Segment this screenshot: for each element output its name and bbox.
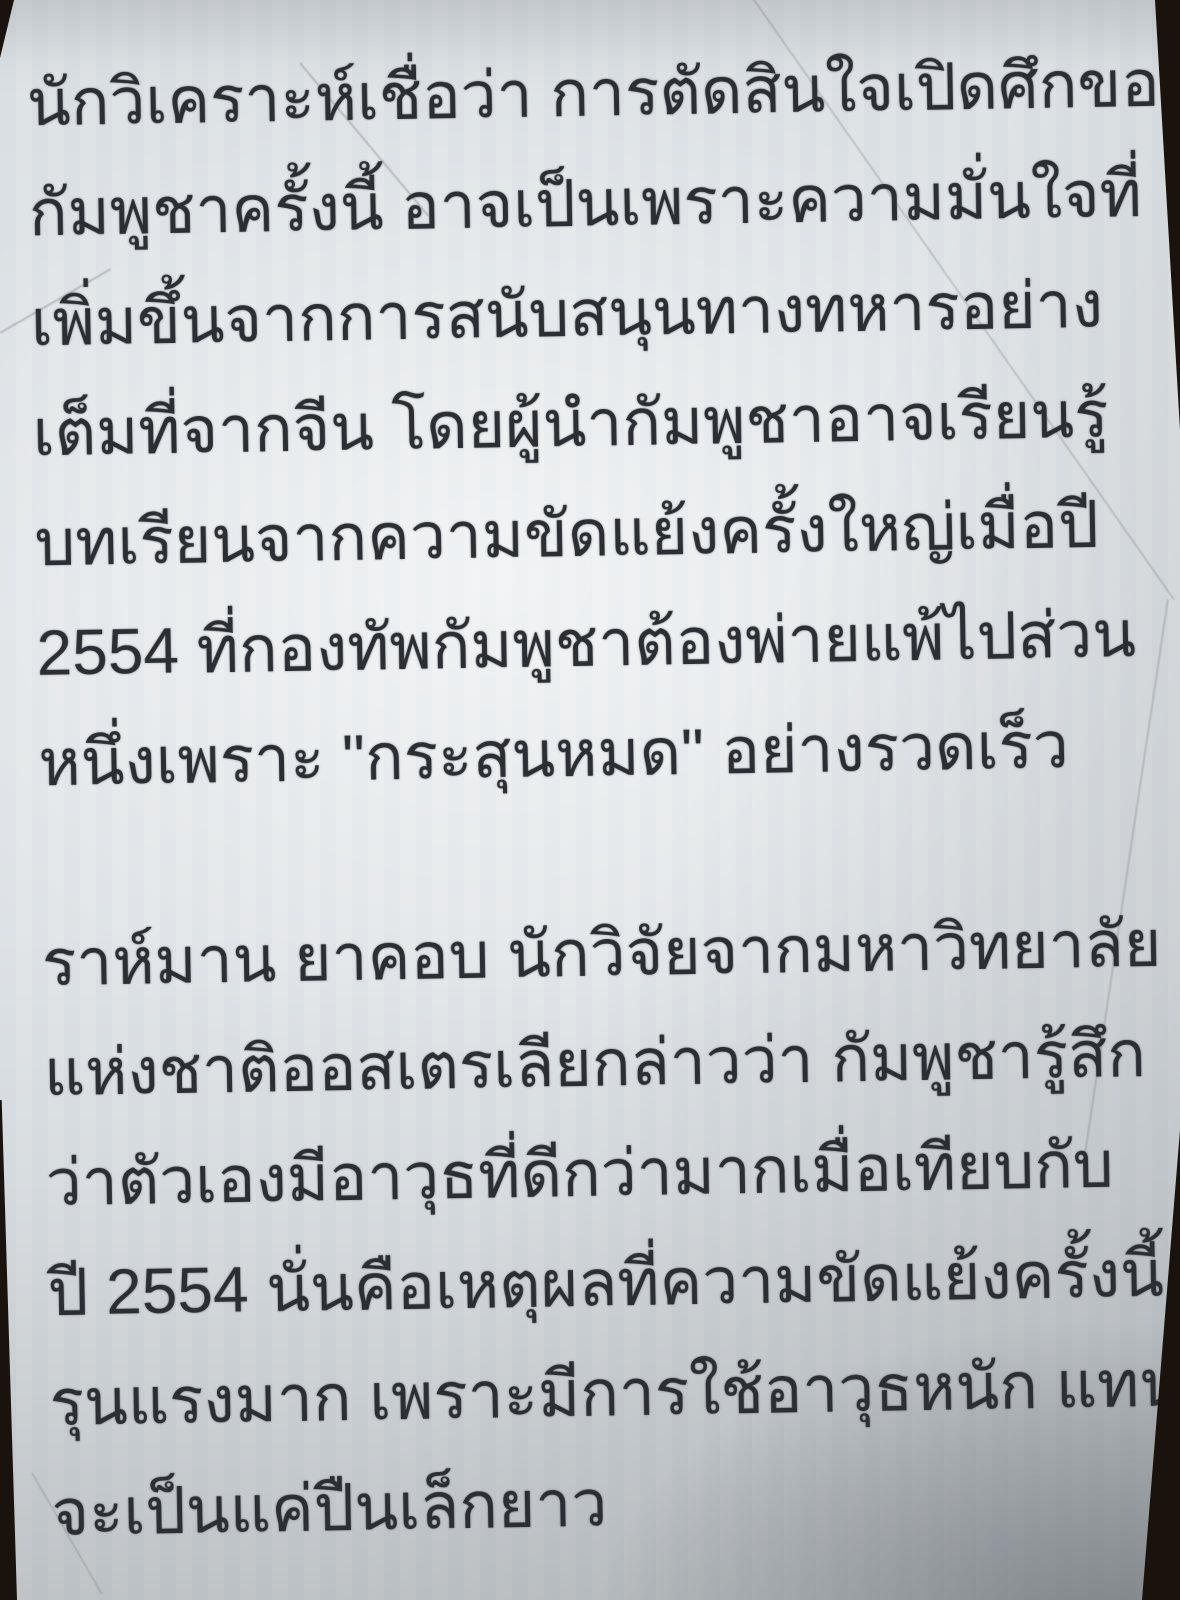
screen-photo: นักวิเคราะห์เชื่อว่า การตัดสินใจเปิดศึกข… — [0, 0, 1180, 1600]
text-line: บทเรียนจากความขัดแย้งครั้งใหญ่เมื่อปี — [34, 468, 1176, 598]
paragraph-2: ราห์มาน ยาคอบ นักวิจัยจากมหาวิทยาลัย แห่… — [41, 888, 1180, 1568]
text-line: จะเป็นแค่ปืนเล็กยาว — [51, 1438, 1180, 1568]
text-line: กัมพูชาครั้งนี้ อาจเป็นเพราะความมั่นใจที… — [28, 138, 1170, 268]
text-line: เต็มที่จากจีน โดยผู้นำกัมพูชาอาจเรียนรู้ — [32, 358, 1174, 488]
text-line: รุนแรงมาก เพราะมีการใช้อาวุธหนัก แทนที่ — [49, 1328, 1180, 1458]
text-line: หนึ่งเพราะ "กระสุนหมด" อย่างรวดเร็ว — [38, 688, 1180, 818]
article-text: นักวิเคราะห์เชื่อว่า การตัดสินใจเปิดศึกข… — [26, 28, 1180, 1568]
text-line: นักวิเคราะห์เชื่อว่า การตัดสินใจเปิดศึกข… — [26, 28, 1168, 158]
bezel-edge-left-bottom — [0, 1100, 17, 1600]
text-line: ปี 2554 นั่นคือเหตุผลที่ความขัดแย้งครั้ง… — [47, 1218, 1180, 1348]
text-line: ว่าตัวเองมีอาวุธที่ดีกว่ามากเมื่อเทียบกั… — [45, 1108, 1180, 1238]
text-line: ราห์มาน ยาคอบ นักวิจัยจากมหาวิทยาลัย — [41, 888, 1180, 1018]
text-line: แห่งชาติออสเตรเลียกล่าวว่า กัมพูชารู้สึก — [43, 998, 1180, 1128]
text-line: เพิ่มขึ้นจากการสนับสนุนทางทหารอย่าง — [30, 248, 1172, 378]
text-line: 2554 ที่กองทัพกัมพูชาต้องพ่ายแพ้ไปส่วน — [36, 578, 1178, 708]
paragraph-1: นักวิเคราะห์เชื่อว่า การตัดสินใจเปิดศึกข… — [26, 28, 1179, 818]
